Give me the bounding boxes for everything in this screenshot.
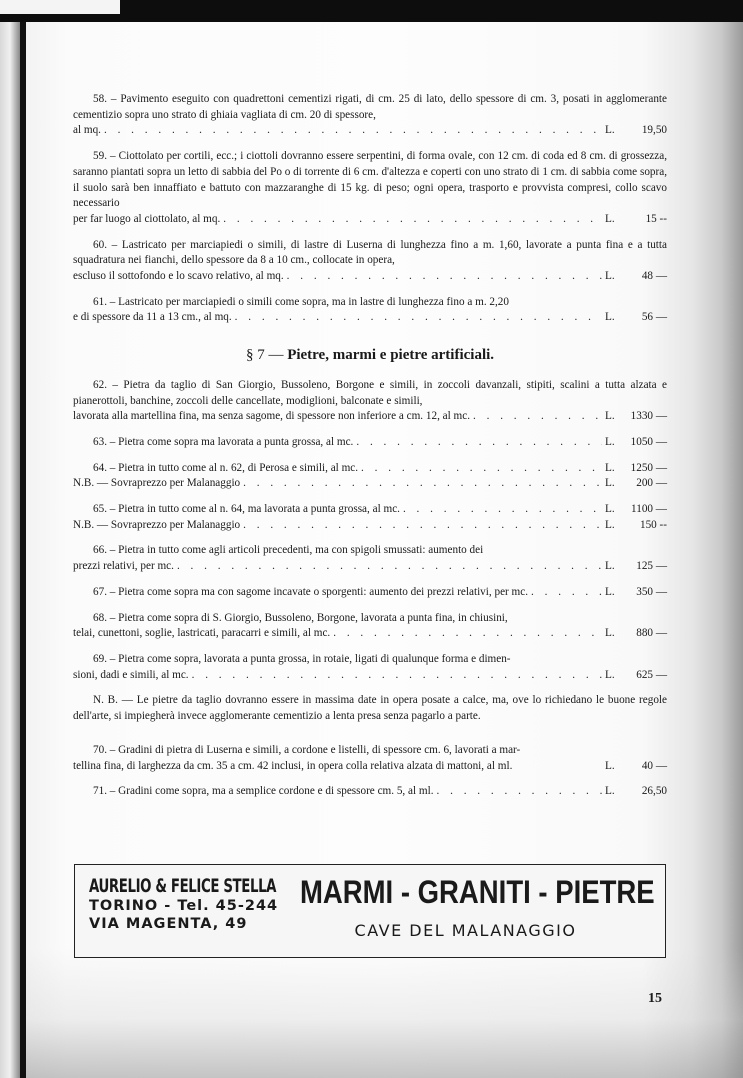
entry-description: 66. – Pietra in tutto come agli articoli… — [73, 543, 667, 559]
price: L.26,50 — [605, 784, 667, 800]
leader-dots — [177, 559, 602, 575]
leader-dots — [243, 518, 602, 534]
priced-line: e di spessore da 11 a 13 cm., al mq.L.56… — [73, 310, 667, 326]
line-text: 71. – Gradini come sopra, ma a semplice … — [93, 784, 434, 800]
entries-final: 70. – Gradini di pietra di Luserna e sim… — [73, 743, 667, 800]
line-text: e di spessore da 11 a 13 cm., al mq. — [73, 310, 232, 326]
priced-line: prezzi relativi, per mc.L.125 — — [73, 559, 667, 575]
price: L.150 -- — [605, 518, 667, 534]
ad-firm-name: AURELIO & FELICE STELLA — [89, 875, 237, 897]
book-spine-shadow — [0, 22, 20, 1078]
line-text: 65. – Pietra in tutto come al n. 64, ma … — [93, 502, 400, 518]
price: L.200 — — [605, 476, 667, 492]
entry-description: 70. – Gradini di pietra di Luserna e sim… — [73, 743, 667, 759]
priced-line: per far luogo al ciottolato, al mq.L.15 … — [73, 212, 667, 228]
leader-dots — [531, 585, 602, 601]
leader-dots — [473, 409, 602, 425]
surcharge-note-line: N.B. — Sovraprezzo per MalanaggioL.200 — — [73, 476, 667, 492]
leader-dots — [243, 476, 602, 492]
book-spine-edge — [20, 22, 26, 1078]
surcharge-note-line: N.B. — Sovraprezzo per MalanaggioL.150 -… — [73, 518, 667, 534]
line-text: 64. – Pietra in tutto come al n. 62, di … — [93, 461, 358, 477]
entry-description: 62. – Pietra da taglio di San Giorgio, B… — [73, 378, 667, 409]
leader-dots — [437, 784, 603, 800]
price-entry-71: 71. – Gradini come sopra, ma a semplice … — [73, 784, 667, 800]
price: L.1330 — — [605, 409, 667, 425]
leader-dots — [223, 212, 602, 228]
ad-subline: CAVE DEL MALANAGGIO — [273, 921, 658, 940]
entry-description: 61. – Lastricato per marciapiedi o simil… — [73, 295, 667, 311]
price: L.1050 — — [605, 435, 667, 451]
scan-margin-strip — [0, 0, 120, 14]
price: L.625 — — [605, 668, 667, 684]
priced-line: 65. – Pietra in tutto come al n. 64, ma … — [73, 502, 667, 518]
price-entry-58: 58. – Pavimento eseguito con quadrettoni… — [73, 92, 667, 139]
price: L.880 — — [605, 626, 667, 642]
price: L.125 — — [605, 559, 667, 575]
section-title: Pietre, marmi e pietre artificiali. — [287, 347, 494, 363]
priced-line: telai, cunettoni, soglie, lastricati, pa… — [73, 626, 667, 642]
price-entry-61: 61. – Lastricato per marciapiedi o simil… — [73, 295, 667, 326]
priced-line: al mq.L.19,50 — [73, 123, 667, 139]
line-text: telai, cunettoni, soglie, lastricati, pa… — [73, 626, 330, 642]
price-entry-68: 68. – Pietra come sopra di S. Giorgio, B… — [73, 611, 667, 642]
entry-description: 59. – Ciottolato per cortili, ecc.; i ci… — [73, 149, 667, 212]
note-69: N. B. — Le pietre da taglio dovranno ess… — [73, 693, 667, 724]
leader-dots — [403, 502, 602, 518]
price-entry-65: 65. – Pietra in tutto come al n. 64, ma … — [73, 502, 667, 533]
price: L.40 — — [605, 759, 667, 775]
section-heading: § 7 — Pietre, marmi e pietre artificiali… — [73, 348, 667, 364]
priced-line: 64. – Pietra in tutto come al n. 62, di … — [73, 461, 667, 477]
price: L.19,50 — [605, 123, 667, 139]
price: L.350 — — [605, 585, 667, 601]
priced-line: lavorata alla martellina fina, ma senza … — [73, 409, 667, 425]
ad-headline: MARMI - GRANITI - PIETRE — [300, 873, 631, 911]
leader-dots — [333, 626, 602, 642]
price-entry-66: 66. – Pietra in tutto come agli articoli… — [73, 543, 667, 574]
priced-line: tellina fina, di larghezza da cm. 35 a c… — [73, 759, 667, 775]
line-text: sioni, dadi e simili, al mc. — [73, 668, 189, 684]
entry-description: 58. – Pavimento eseguito con quadrettoni… — [73, 92, 667, 123]
priced-line: escluso il sottofondo e lo scavo relativ… — [73, 269, 667, 285]
entry-description: 69. – Pietra come sopra, lavorata a punt… — [73, 652, 667, 668]
ad-firm-block: AURELIO & FELICE STELLA TORINO - Tel. 45… — [89, 875, 279, 933]
leader-dots — [287, 269, 602, 285]
price-entry-60: 60. – Lastricato per marciapiedi o simil… — [73, 238, 667, 285]
line-text: per far luogo al ciottolato, al mq. — [73, 212, 220, 228]
price: L.15 -- — [605, 212, 667, 228]
price: L.56 — — [605, 310, 667, 326]
line-text: prezzi relativi, per mc. — [73, 559, 174, 575]
price-list-content: 58. – Pavimento eseguito con quadrettoni… — [73, 92, 667, 810]
entry-description: 60. – Lastricato per marciapiedi o simil… — [73, 238, 667, 269]
price: L.1250 — — [605, 461, 667, 477]
leader-dots — [104, 123, 602, 139]
entry-description: 68. – Pietra come sopra di S. Giorgio, B… — [73, 611, 667, 627]
line-text: N.B. — Sovraprezzo per Malanaggio — [73, 518, 240, 534]
leader-dots — [192, 668, 602, 684]
entries-after-section: 62. – Pietra da taglio di San Giorgio, B… — [73, 378, 667, 684]
entries-before-section: 58. – Pavimento eseguito con quadrettoni… — [73, 92, 667, 326]
leader-dots — [361, 461, 602, 477]
priced-line: 67. – Pietra come sopra ma con sagome in… — [73, 585, 667, 601]
price-entry-70: 70. – Gradini di pietra di Luserna e sim… — [73, 743, 667, 774]
advertisement-box: AURELIO & FELICE STELLA TORINO - Tel. 45… — [74, 864, 666, 958]
price-entry-64: 64. – Pietra in tutto come al n. 62, di … — [73, 461, 667, 492]
price-entry-62: 62. – Pietra da taglio di San Giorgio, B… — [73, 378, 667, 425]
line-text: tellina fina, di larghezza da cm. 35 a c… — [73, 759, 512, 775]
line-text: lavorata alla martellina fina, ma senza … — [73, 409, 470, 425]
line-text: 63. – Pietra come sopra ma lavorata a pu… — [93, 435, 353, 451]
leader-dots — [356, 435, 602, 451]
ad-city-phone: TORINO - Tel. 45-244 — [89, 897, 279, 915]
priced-line: 63. – Pietra come sopra ma lavorata a pu… — [73, 435, 667, 451]
line-text: 67. – Pietra come sopra ma con sagome in… — [93, 585, 528, 601]
price: L.48 — — [605, 269, 667, 285]
price-entry-63: 63. – Pietra come sopra ma lavorata a pu… — [73, 435, 667, 451]
section-prefix: § 7 — — [246, 347, 284, 363]
line-text: al mq. — [73, 123, 101, 139]
ad-address: VIA MAGENTA, 49 — [89, 915, 279, 933]
line-text: escluso il sottofondo e lo scavo relativ… — [73, 269, 284, 285]
note-69-text: N. B. — Le pietre da taglio dovranno ess… — [73, 693, 667, 724]
price-entry-59: 59. – Ciottolato per cortili, ecc.; i ci… — [73, 149, 667, 228]
line-text: N.B. — Sovraprezzo per Malanaggio — [73, 476, 240, 492]
priced-line: 71. – Gradini come sopra, ma a semplice … — [73, 784, 667, 800]
price-entry-69: 69. – Pietra come sopra, lavorata a punt… — [73, 652, 667, 683]
price-entry-67: 67. – Pietra come sopra ma con sagome in… — [73, 585, 667, 601]
leader-dots — [235, 310, 602, 326]
priced-line: sioni, dadi e simili, al mc.L.625 — — [73, 668, 667, 684]
price: L.1100 — — [605, 502, 667, 518]
page-number: 15 — [648, 991, 662, 1007]
